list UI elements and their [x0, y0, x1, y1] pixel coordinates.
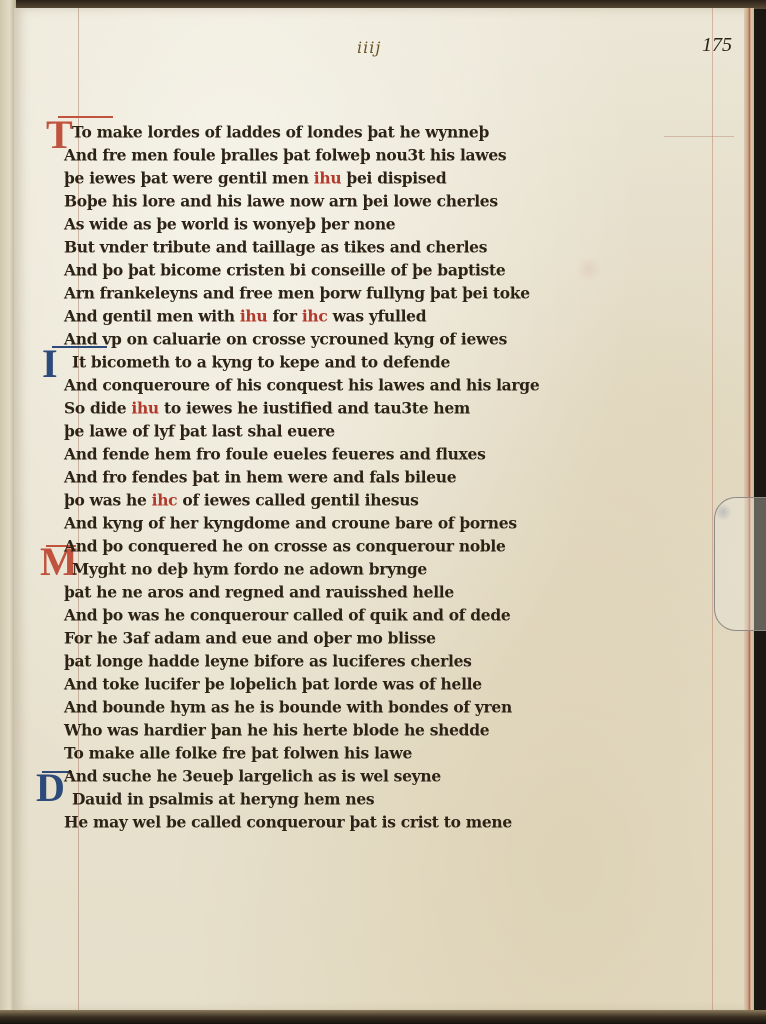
margin-ruling-right [712, 8, 713, 1012]
text-line: And þo conquered he on crosse as conquer… [64, 533, 684, 557]
text-line: þat he ne aros and regned and rauisshed … [64, 579, 684, 603]
text-line: And þo þat bicome cristen bi conseille o… [64, 257, 684, 281]
text-line: It bicometh to a kyng to kepe and to def… [64, 349, 684, 373]
text-line: And gentil men with ihu for ihc was yful… [64, 303, 684, 327]
text-line: Myght no deþ hym fordo ne adown brynge [64, 556, 684, 580]
text-line: And fro fendes þat in hem were and fals … [64, 464, 684, 488]
text-line: To make alle folke fre þat folwen his la… [64, 740, 684, 764]
text-line: And fre men foule þralles þat folweþ nou… [64, 142, 684, 166]
text-line: þat longe hadde leyne bifore as lucifere… [64, 648, 684, 672]
folio-number: 175 [702, 34, 732, 57]
rubricated-nomen-sacrum: ihu [131, 398, 159, 418]
rubricated-nomen-sacrum: ihc [302, 306, 328, 326]
text-line: þe iewes þat were gentil men ihu þei dis… [64, 165, 684, 189]
text-line: And bounde hym as he is bounde with bond… [64, 694, 684, 718]
text-line: So dide ihu to iewes he iustified and ta… [64, 395, 684, 419]
text-line: As wide as þe world is wonyeþ þer none [64, 211, 684, 235]
rubricated-nomen-sacrum: ihu [314, 168, 342, 188]
text-line: Arn frankeleyns and free men þorw fullyn… [64, 280, 684, 304]
text-line: And conqueroure of his conquest his lawe… [64, 372, 684, 396]
rubricated-nomen-sacrum: ihu [240, 306, 268, 326]
rubricated-nomen-sacrum: ihc [152, 490, 178, 510]
decorated-initial-d: D [36, 768, 65, 808]
text-line: And toke lucifer þe loþelich þat lorde w… [64, 671, 684, 695]
text-line: þe lawe of lyf þat last shal euere [64, 418, 684, 442]
page-tab-marker [714, 497, 766, 631]
decorated-initial-i: I [42, 344, 58, 384]
text-line: For he 3af adam and eue and oþer mo blis… [64, 625, 684, 649]
text-line: But vnder tribute and taillage as tikes … [64, 234, 684, 258]
text-line: Who was hardier þan he his herte blode h… [64, 717, 684, 741]
text-line: And kyng of her kyngdome and croune bare… [64, 510, 684, 534]
text-line: And suche he 3eueþ largelich as is wel s… [64, 763, 684, 787]
book-bottom-edge [0, 1010, 766, 1024]
text-line: He may wel be called conquerour þat is c… [64, 809, 684, 833]
text-line: And þo was he conquerour called of quik … [64, 602, 684, 626]
text-line: Dauid in psalmis at heryng hem nes [64, 786, 684, 810]
initial-flourish [58, 116, 113, 118]
quire-signature: iiij [357, 38, 381, 57]
text-line: To make lordes of laddes of londes þat h… [64, 119, 684, 143]
text-line: And vp on caluarie on crosse ycrouned ky… [64, 326, 684, 350]
text-line: þo was he ihc of iewes called gentil ihe… [64, 487, 684, 511]
text-line: And fende hem fro foule eueles feueres a… [64, 441, 684, 465]
poem-text-block: To make lordes of laddes of londes þat h… [64, 120, 684, 833]
text-line: Boþe his lore and his lawe now arn þei l… [64, 188, 684, 212]
